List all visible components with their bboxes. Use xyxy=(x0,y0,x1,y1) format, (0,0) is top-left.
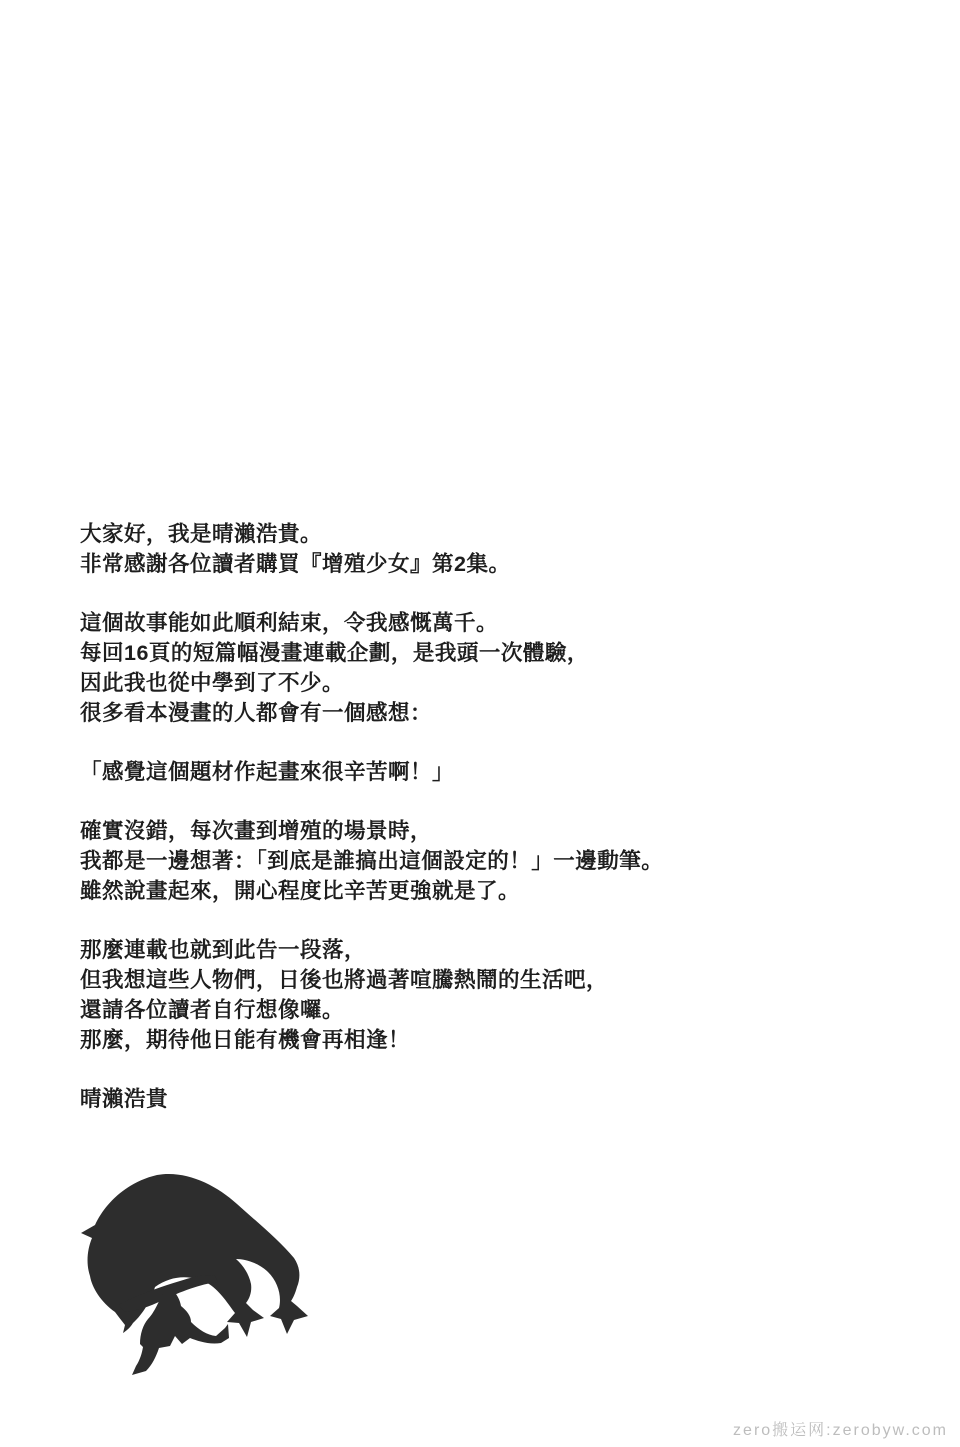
silhouette-svg xyxy=(75,1170,325,1385)
text-line: 我都是一邊想著：「到底是誰搞出這個設定的！」一邊動筆。 xyxy=(80,846,900,876)
text-line: 每回16頁的短篇幅漫畫連載企劃，是我頭一次體驗， xyxy=(80,638,900,668)
paragraph-quote: 「感覺這個題材作起畫來很辛苦啊！」 xyxy=(80,757,900,787)
paragraph-farewell: 那麼連載也就到此告一段落， 但我想這些人物們，日後也將過著喧騰熱鬧的生活吧， 還… xyxy=(80,935,900,1055)
chibi-girl-silhouette-illustration xyxy=(75,1170,325,1385)
text-line: 因此我也從中學到了不少。 xyxy=(80,668,900,698)
text-line: 但我想這些人物們，日後也將過著喧騰熱鬧的生活吧， xyxy=(80,965,900,995)
text-line: 那麼連載也就到此告一段落， xyxy=(80,935,900,965)
paragraph-reply: 確實沒錯，每次畫到增殖的場景時， 我都是一邊想著：「到底是誰搞出這個設定的！」一… xyxy=(80,816,900,906)
manga-afterword-page: 大家好，我是晴瀨浩貴。 非常感謝各位讀者購買『增殖少女』第2集。 這個故事能如此… xyxy=(0,0,960,1447)
paragraph-story: 這個故事能如此順利結束，令我感慨萬千。 每回16頁的短篇幅漫畫連載企劃，是我頭一… xyxy=(80,608,900,728)
watermark: zero搬运网:zerobyw.com xyxy=(733,1421,948,1441)
text-line: 非常感謝各位讀者購買『增殖少女』第2集。 xyxy=(80,549,900,579)
author-signature: 晴瀨浩貴 xyxy=(80,1084,900,1114)
text-line: 大家好，我是晴瀨浩貴。 xyxy=(80,519,900,549)
text-line: 確實沒錯，每次畫到增殖的場景時， xyxy=(80,816,900,846)
paragraph-greeting: 大家好，我是晴瀨浩貴。 非常感謝各位讀者購買『增殖少女』第2集。 xyxy=(80,519,900,579)
text-line: 還請各位讀者自行想像囉。 xyxy=(80,995,900,1025)
afterword-text: 大家好，我是晴瀨浩貴。 非常感謝各位讀者購買『增殖少女』第2集。 這個故事能如此… xyxy=(80,519,900,1143)
text-line: 那麼，期待他日能有機會再相逢！ xyxy=(80,1025,900,1055)
text-line: 「感覺這個題材作起畫來很辛苦啊！」 xyxy=(80,757,900,787)
text-line: 這個故事能如此順利結束，令我感慨萬千。 xyxy=(80,608,900,638)
text-line: 很多看本漫畫的人都會有一個感想： xyxy=(80,698,900,728)
text-line: 雖然說畫起來，開心程度比辛苦更強就是了。 xyxy=(80,876,900,906)
